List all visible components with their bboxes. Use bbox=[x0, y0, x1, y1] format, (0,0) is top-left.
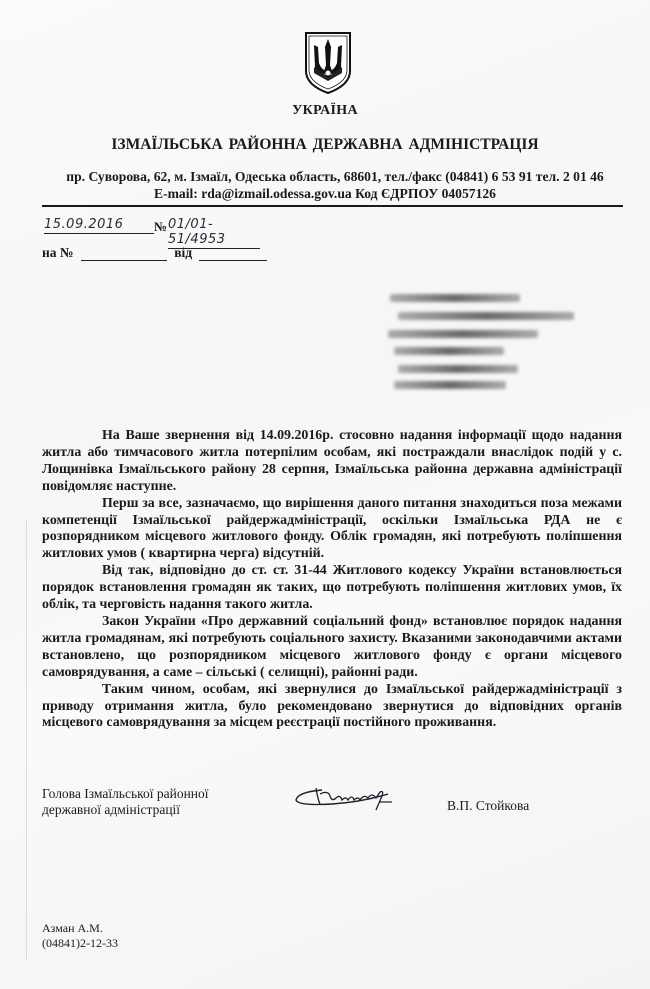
body-paragraph: Перш за все, зазначаємо, що вирішення да… bbox=[42, 496, 622, 564]
trident-coat-of-arms-icon bbox=[303, 31, 353, 95]
position-line: державної адміністрації bbox=[42, 802, 209, 818]
redacted-line bbox=[394, 347, 504, 355]
reply-number-blank bbox=[81, 248, 167, 261]
handwritten-signature-icon bbox=[292, 780, 412, 814]
redacted-line bbox=[388, 330, 538, 338]
number-label: № bbox=[154, 219, 167, 235]
signatory-name: В.П. Стойкова bbox=[447, 798, 529, 814]
letter-page: УКРАЇНА ІЗМАЇЛЬСЬКА РАЙОННА ДЕРЖАВНА АДМ… bbox=[0, 0, 650, 989]
redacted-line bbox=[398, 365, 518, 373]
reply-date-blank bbox=[199, 248, 267, 261]
executor-name: Азман А.М. bbox=[42, 921, 118, 936]
letterhead-divider bbox=[42, 205, 623, 207]
outgoing-date: 15.09.2016 bbox=[44, 217, 154, 234]
organization-name: ІЗМАЇЛЬСЬКА РАЙОННА ДЕРЖАВНА АДМІНІСТРАЦ… bbox=[0, 136, 650, 154]
redacted-line bbox=[394, 381, 506, 389]
signatory-position: Голова Ізмаїльської районної державної а… bbox=[42, 786, 209, 818]
position-line: Голова Ізмаїльської районної bbox=[42, 786, 209, 802]
scan-edge-shadow bbox=[26, 520, 27, 960]
reply-reference: на № від bbox=[42, 245, 267, 261]
executor-info: Азман А.М. (04841)2-12-33 bbox=[42, 921, 118, 951]
contact-line: E-mail: rda@izmail.odessa.gov.ua Код ЄДР… bbox=[0, 186, 650, 202]
address-line: пр. Суворова, 62, м. Ізмаїл, Одеська обл… bbox=[50, 169, 620, 185]
country-name: УКРАЇНА bbox=[0, 103, 650, 119]
letter-body: На Ваше звернення від 14.09.2016р. стосо… bbox=[42, 428, 622, 732]
reply-date-label: від bbox=[174, 245, 192, 260]
redacted-line bbox=[398, 312, 574, 320]
body-paragraph: Закон України «Про державний соціальний … bbox=[42, 614, 622, 682]
executor-phone: (04841)2-12-33 bbox=[42, 936, 118, 951]
redacted-line bbox=[390, 294, 520, 302]
body-paragraph: Від так, відповідно до ст. ст. 31-44 Жит… bbox=[42, 563, 622, 614]
body-paragraph: На Ваше звернення від 14.09.2016р. стосо… bbox=[42, 428, 622, 496]
reply-number-label: на № bbox=[42, 245, 73, 260]
recipient-redacted bbox=[378, 281, 588, 381]
body-paragraph: Таким чином, особам, які звернулися до І… bbox=[42, 682, 622, 733]
